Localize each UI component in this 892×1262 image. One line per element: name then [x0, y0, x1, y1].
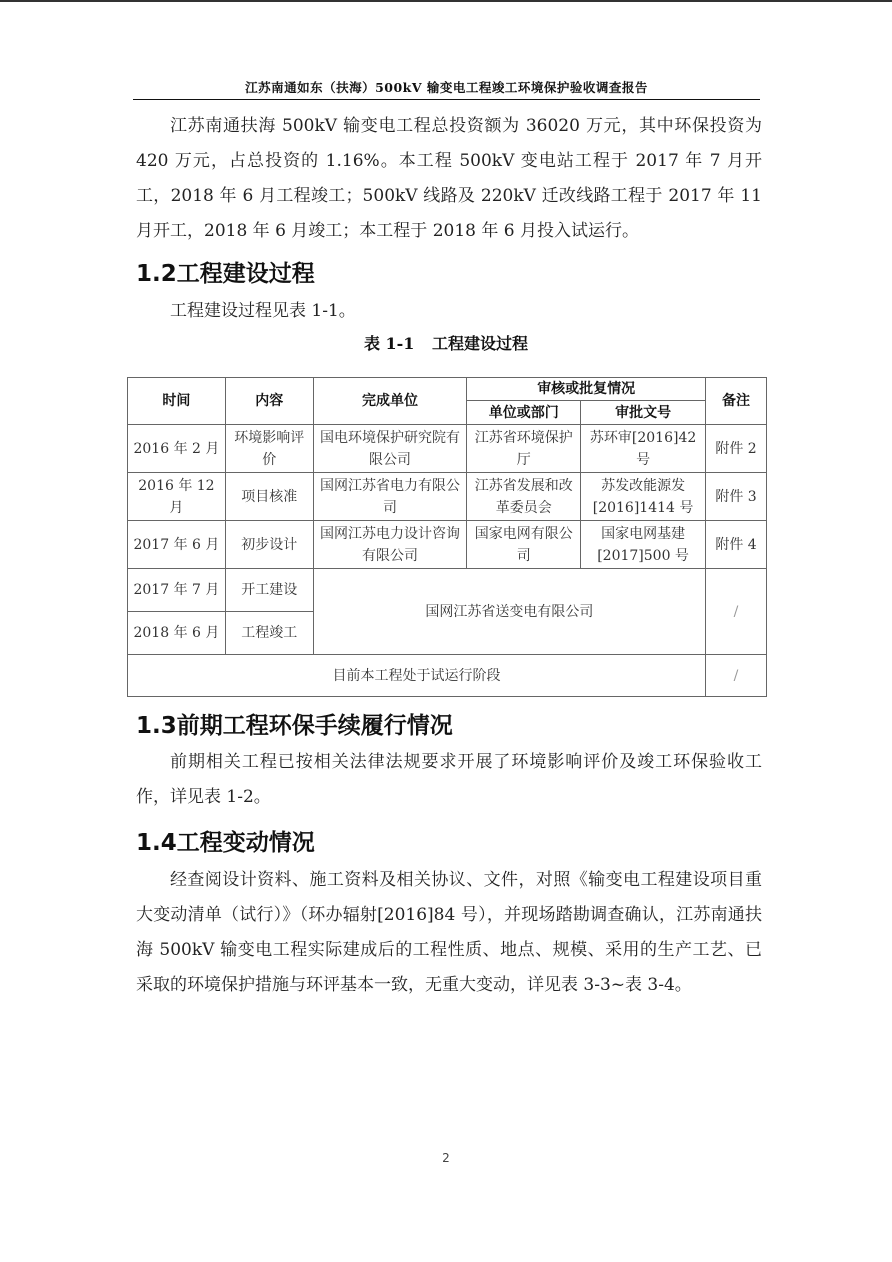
- cell-merged-remark: /: [706, 569, 767, 655]
- cell-unit: 国电环境保护研究院有限公司: [313, 425, 467, 473]
- cell-content: 环境影响评价: [225, 425, 313, 473]
- cell-remark: 附件 4: [706, 521, 767, 569]
- table-caption-title: 工程建设过程: [432, 334, 528, 353]
- cell-dept: 江苏省发展和改革委员会: [467, 473, 581, 521]
- running-header: 江苏南通如东（扶海）500kV 输变电工程竣工环境保护验收调查报告: [133, 78, 760, 96]
- cell-content: 项目核准: [225, 473, 313, 521]
- cell-remark: 附件 2: [706, 425, 767, 473]
- cell-content: 初步设计: [225, 521, 313, 569]
- table-row: 2017 年 6 月 初步设计 国网江苏电力设计咨询有限公司 国家电网有限公司 …: [128, 521, 767, 569]
- table-header-row: 时间 内容 完成单位 审核或批复情况 备注: [128, 378, 767, 401]
- table-caption-number: 表 1-1: [364, 334, 414, 353]
- cell-doc: 苏发改能源发[2016]1414 号: [581, 473, 706, 521]
- table-row: 2016 年 12 月 项目核准 国网江苏省电力有限公司 江苏省发展和改革委员会…: [128, 473, 767, 521]
- intro-paragraph: 江苏南通扶海 500kV 输变电工程总投资额为 36020 万元，其中环保投资为…: [136, 109, 762, 249]
- cell-doc: 国家电网基建[2017]500 号: [581, 521, 706, 569]
- header-remark: 备注: [706, 378, 767, 425]
- table-row: 2016 年 2 月 环境影响评价 国电环境保护研究院有限公司 江苏省环境保护厅…: [128, 425, 767, 473]
- table-row: 2017 年 7 月 开工建设 国网江苏省送变电有限公司 /: [128, 569, 767, 612]
- cell-time: 2017 年 6 月: [128, 521, 226, 569]
- header-approval-dept: 单位或部门: [467, 401, 581, 425]
- cell-dept: 江苏省环境保护厅: [467, 425, 581, 473]
- cell-unit: 国网江苏省电力有限公司: [313, 473, 467, 521]
- table-row-final: 目前本工程处于试运行阶段 /: [128, 655, 767, 697]
- paragraph-1-3: 前期相关工程已按相关法律法规要求开展了环境影响评价及竣工环保验收工作，详见表 1…: [136, 745, 762, 815]
- header-rule: [133, 99, 760, 100]
- header-approval-group: 审核或批复情况: [467, 378, 706, 401]
- heading-1-4: 1.4工程变动情况: [136, 824, 315, 857]
- header-time: 时间: [128, 378, 226, 425]
- cell-time: 2016 年 2 月: [128, 425, 226, 473]
- cell-content: 开工建设: [225, 569, 313, 612]
- cell-time: 2017 年 7 月: [128, 569, 226, 612]
- heading-1-3: 1.3前期工程环保手续履行情况: [136, 707, 453, 740]
- cell-final-status: 目前本工程处于试运行阶段: [128, 655, 706, 697]
- cell-doc: 苏环审[2016]42 号: [581, 425, 706, 473]
- cell-remark: 附件 3: [706, 473, 767, 521]
- header-approval-doc: 审批文号: [581, 401, 706, 425]
- cell-content: 工程竣工: [225, 612, 313, 655]
- heading-1-2: 1.2工程建设过程: [136, 255, 315, 288]
- page-top-edge: [0, 0, 892, 2]
- paragraph-1-4: 经查阅设计资料、施工资料及相关协议、文件，对照《输变电工程建设项目重大变动清单（…: [136, 863, 762, 1003]
- page-number: 2: [0, 1151, 892, 1165]
- paragraph-1-2: 工程建设过程见表 1-1。: [136, 294, 762, 329]
- cell-unit: 国网江苏电力设计咨询有限公司: [313, 521, 467, 569]
- cell-final-remark: /: [706, 655, 767, 697]
- table-caption: 表 1-1 工程建设过程: [136, 331, 756, 354]
- cell-merged-unit: 国网江苏省送变电有限公司: [313, 569, 705, 655]
- header-unit: 完成单位: [313, 378, 467, 425]
- header-content: 内容: [225, 378, 313, 425]
- construction-process-table: 时间 内容 完成单位 审核或批复情况 备注 单位或部门 审批文号 2016 年 …: [127, 377, 767, 697]
- cell-dept: 国家电网有限公司: [467, 521, 581, 569]
- cell-time: 2018 年 6 月: [128, 612, 226, 655]
- cell-time: 2016 年 12 月: [128, 473, 226, 521]
